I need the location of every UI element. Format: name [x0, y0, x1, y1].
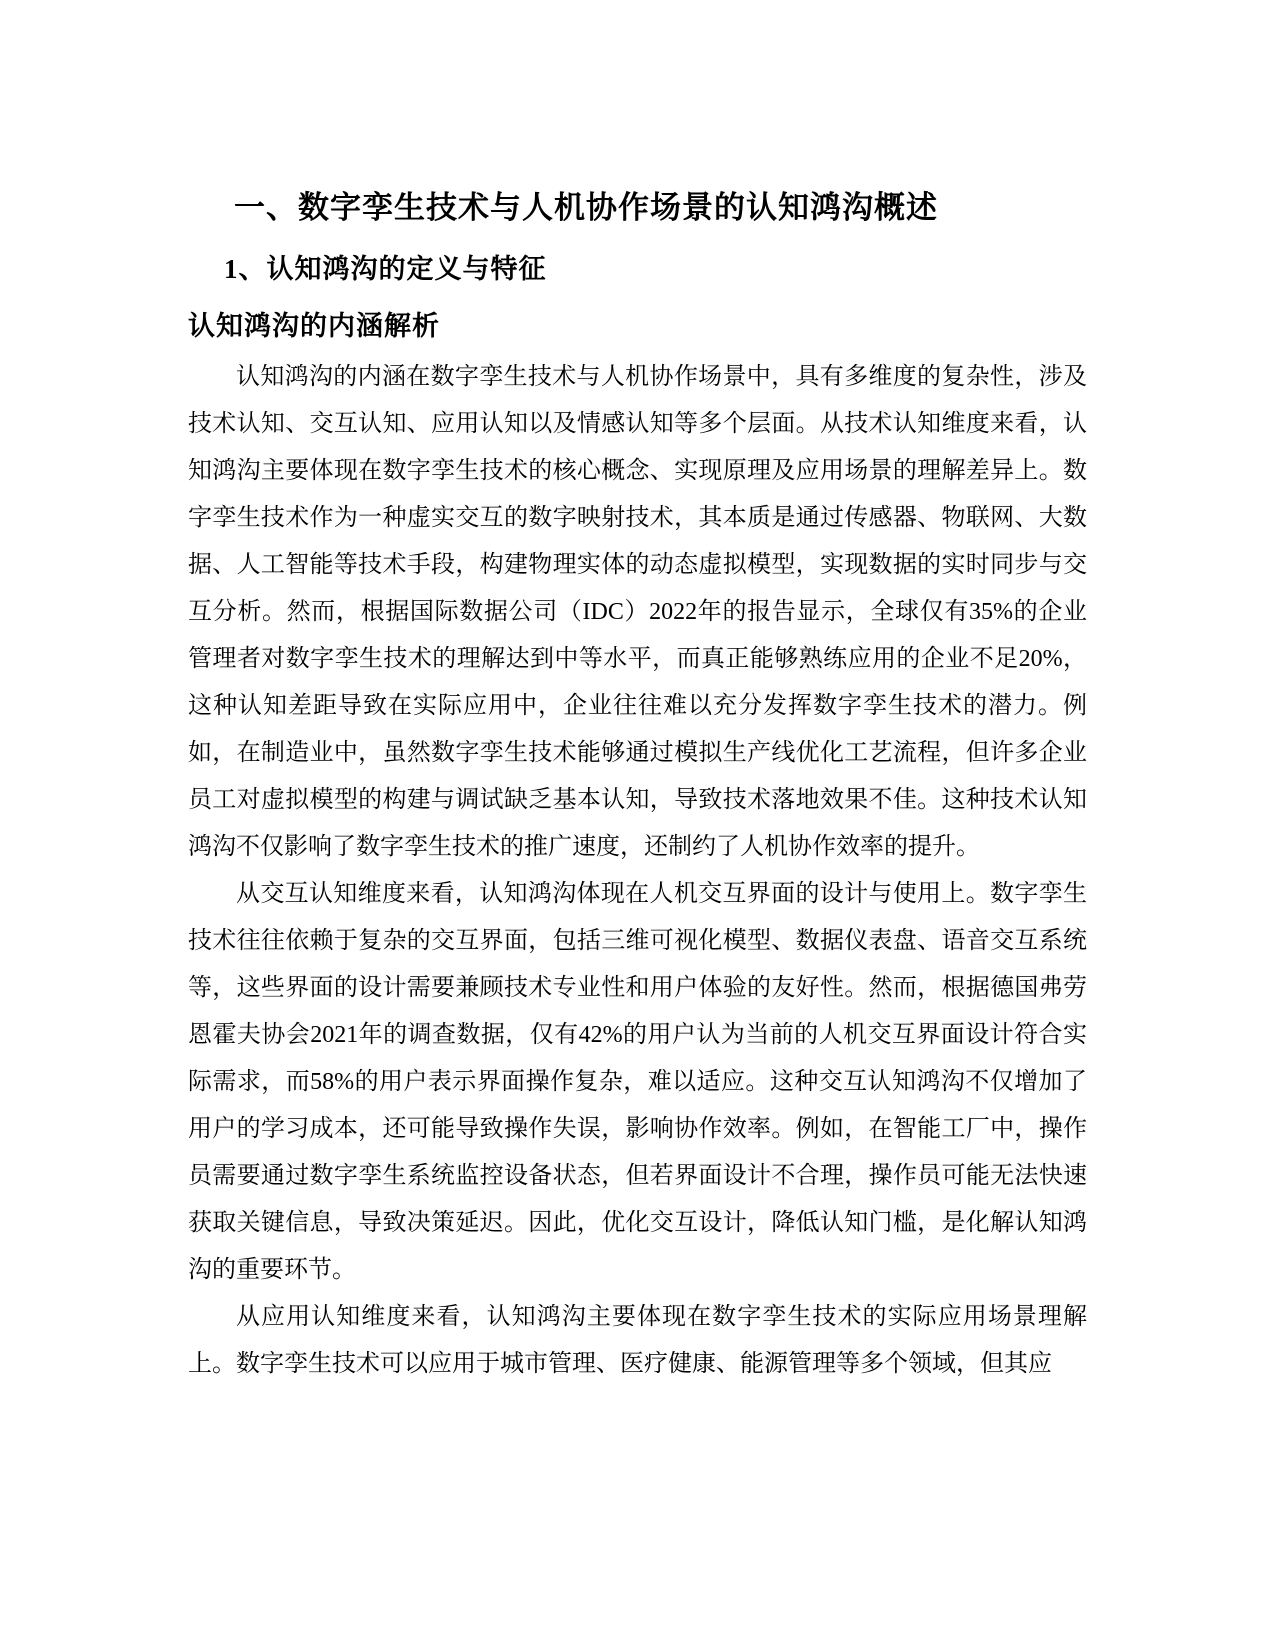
topic-heading: 认知鸿沟的内涵解析 [188, 308, 1087, 344]
body-paragraph: 认知鸿沟的内涵在数字孪生技术与人机协作场景中，具有多维度的复杂性，涉及技术认知、… [188, 354, 1087, 871]
document-page: 一、数字孪生技术与人机协作场景的认知鸿沟概述 1、认知鸿沟的定义与特征 认知鸿沟… [188, 0, 1087, 1388]
body-paragraph: 从应用认知维度来看，认知鸿沟主要体现在数字孪生技术的实际应用场景理解上。数字孪生… [188, 1294, 1087, 1388]
section-heading: 一、数字孪生技术与人机协作场景的认知鸿沟概述 [234, 188, 1087, 228]
body-paragraph: 从交互认知维度来看，认知鸿沟体现在人机交互界面的设计与使用上。数字孪生技术往往依… [188, 871, 1087, 1294]
subsection-heading: 1、认知鸿沟的定义与特征 [224, 251, 1087, 287]
